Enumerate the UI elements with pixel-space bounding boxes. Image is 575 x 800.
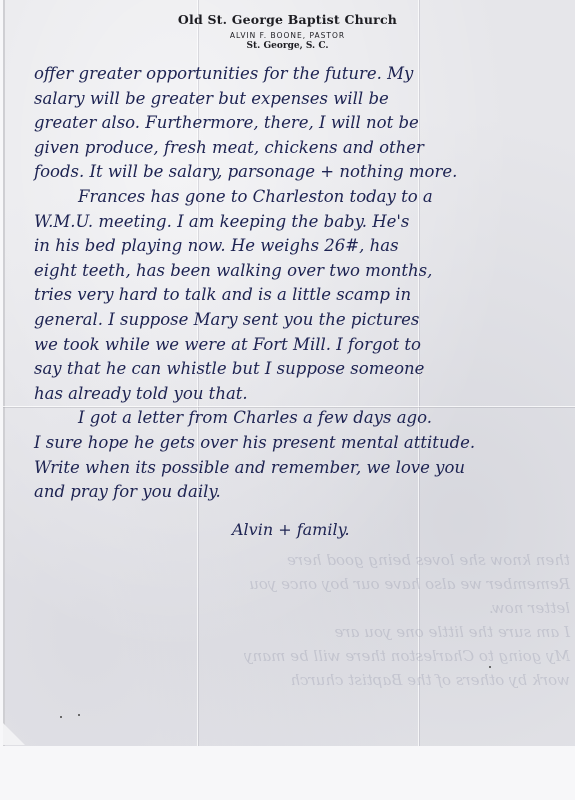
letter-line: greater also. Furthermore, there, I will… [34, 111, 544, 136]
letter-line: offer greater opportunities for the futu… [34, 62, 544, 87]
folded-corner [3, 723, 25, 745]
letter-line: eight teeth, has been walking over two m… [34, 259, 544, 284]
bleed-line: letter now. [70, 596, 570, 620]
letter-line: foods. It will be salary, parsonage + no… [34, 160, 544, 185]
bleed-line: Remember we also have our boy once you [70, 572, 570, 596]
letter-line: I got a letter from Charles a few days a… [34, 406, 544, 431]
bleed-line: work by others of the Baptist church [70, 668, 570, 692]
bleed-line: I am sure the little one you are [70, 620, 570, 644]
letter-line: general. I suppose Mary sent you the pic… [34, 308, 544, 333]
paper-speck [489, 666, 491, 668]
letter-line: say that he can whistle but I suppose so… [34, 357, 544, 382]
bleed-line: then know she loves being good here [70, 548, 570, 572]
bleed-line: My going to Charleston there will be man… [70, 644, 570, 668]
letter-line: we took while we were at Fort Mill. I fo… [34, 333, 544, 358]
letter-line: Write when its possible and remember, we… [34, 456, 544, 481]
letterhead: Old St. George Baptist Church ALVIN F. B… [0, 12, 575, 51]
letter-line: has already told you that. [34, 382, 544, 407]
bleed-through-text: then know she loves being good here Reme… [70, 548, 570, 692]
letter-line: tries very hard to talk and is a little … [34, 283, 544, 308]
letter-body: offer greater opportunities for the futu… [34, 62, 544, 505]
signature: Alvin + family. [232, 520, 350, 539]
letter-line: I sure hope he gets over his present men… [34, 431, 544, 456]
letter-line: salary will be greater but expenses will… [34, 87, 544, 112]
letter-line: in his bed playing now. He weighs 26#, h… [34, 234, 544, 259]
pastor-name: ALVIN F. BOONE, PASTOR [0, 31, 575, 40]
letter-line: and pray for you daily. [34, 480, 544, 505]
letter-line: W.M.U. meeting. I am keeping the baby. H… [34, 210, 544, 235]
letter-line: given produce, fresh meat, chickens and … [34, 136, 544, 161]
church-name: Old St. George Baptist Church [0, 12, 575, 27]
paper-speck [60, 716, 62, 718]
church-location: St. George, S. C. [0, 41, 575, 51]
paper-speck [78, 714, 80, 716]
letter-line: Frances has gone to Charleston today to … [34, 185, 544, 210]
